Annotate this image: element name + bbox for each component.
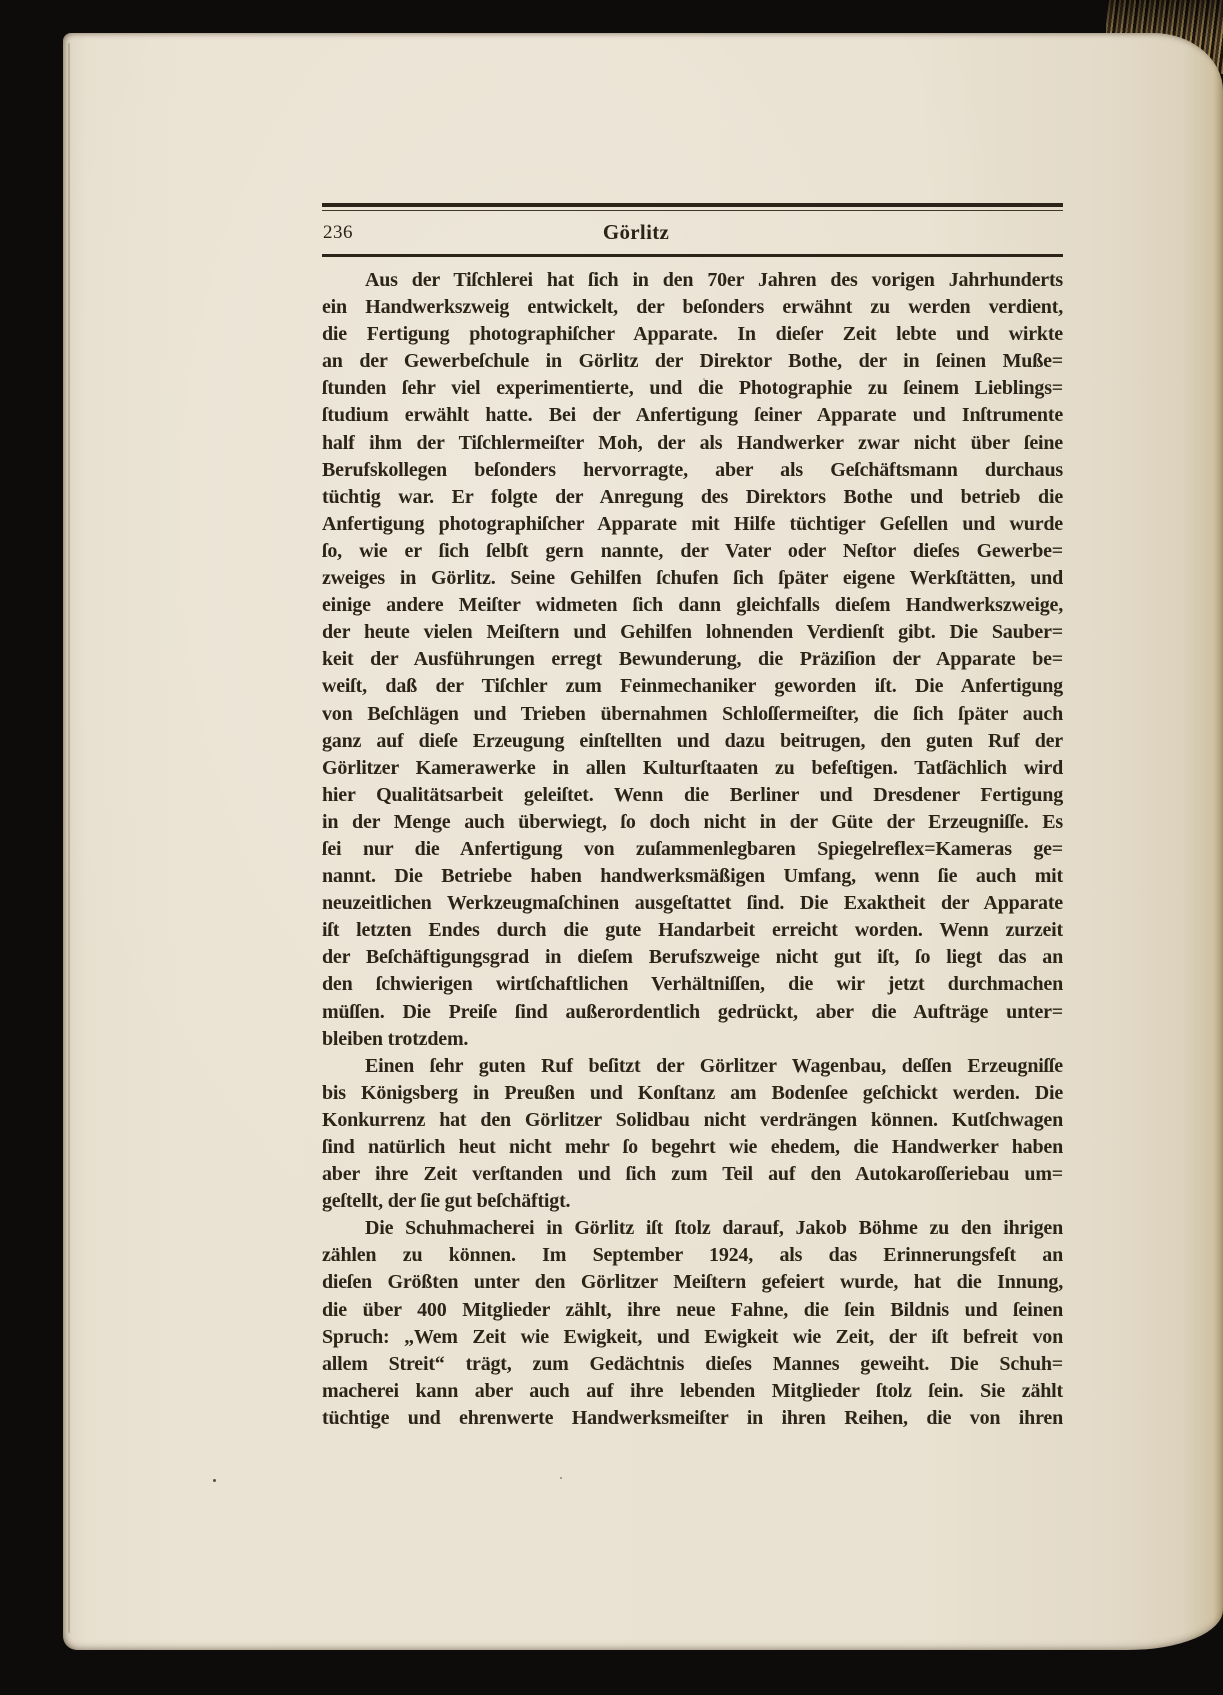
text-line: geſtellt, der ſie gut beſchäftigt. — [322, 1188, 1063, 1215]
text-line: dieſen Größten unter den Görlitzer Meiſt… — [322, 1269, 1063, 1296]
paper-speck — [213, 1479, 216, 1482]
book-page: 236 Görlitz Aus der Tiſchlerei hat ſich … — [63, 33, 1223, 1650]
text-line: Konkurrenz hat den Görlitzer Solidbau ni… — [322, 1107, 1063, 1134]
text-line: müſſen. Die Preiſe ſind außerordentlich … — [322, 999, 1063, 1026]
text-line: Anfertigung photographiſcher Apparate mi… — [322, 511, 1063, 538]
text-line: nannt. Die Betriebe haben handwerksmäßig… — [322, 863, 1063, 890]
text-line: ſo, wie er ſich ſelbſt gern nannte, der … — [322, 538, 1063, 565]
paragraph-1: Aus der Tiſchlerei hat ſich in den 70er … — [322, 267, 1063, 1053]
text-line: von Beſchlägen und Trieben übernahmen Sc… — [322, 701, 1063, 728]
text-line: ein Handwerkszweig entwickelt, der beſon… — [322, 294, 1063, 321]
running-head: 236 Görlitz — [322, 203, 1063, 257]
text-line: macherei kann aber auch auf ihre lebende… — [322, 1378, 1063, 1405]
text-line: einige andere Meiſter widmeten ſich dann… — [322, 592, 1063, 619]
text-line: Görlitzer Kamerawerke in allen Kulturſta… — [322, 755, 1063, 782]
text-line: iſt letzten Endes durch die gute Handarb… — [322, 917, 1063, 944]
text-line: Aus der Tiſchlerei hat ſich in den 70er … — [322, 267, 1063, 294]
text-line: keit der Ausführungen erregt Bewunderung… — [322, 646, 1063, 673]
text-line: bleiben trotzdem. — [322, 1026, 1063, 1053]
text-line: Die Schuhmacherei in Görlitz iſt ſtolz d… — [322, 1215, 1063, 1242]
text-line: aber ihre Zeit verſtanden und ſich zum T… — [322, 1161, 1063, 1188]
book-photo-background: 236 Görlitz Aus der Tiſchlerei hat ſich … — [0, 0, 1223, 1695]
text-line: neuzeitlichen Werkzeugmaſchinen ausgeſta… — [322, 890, 1063, 917]
page-number: 236 — [323, 222, 353, 244]
text-line: ſind natürlich heut nicht mehr ſo begehr… — [322, 1134, 1063, 1161]
text-line: ſtunden ſehr viel experimentierte, und d… — [322, 375, 1063, 402]
text-line: Berufskollegen beſonders hervorragte, ab… — [322, 457, 1063, 484]
body-text: Aus der Tiſchlerei hat ſich in den 70er … — [322, 267, 1063, 1432]
header-rule-thin — [322, 210, 1063, 211]
text-line: tüchtige und ehrenwerte Handwerksmeiſter… — [322, 1405, 1063, 1432]
text-line: die über 400 Mitglieder zählt, ihre neue… — [322, 1297, 1063, 1324]
paragraph-3: Die Schuhmacherei in Görlitz iſt ſtolz d… — [322, 1215, 1063, 1432]
text-line: in der Menge auch überwiegt, ſo doch nic… — [322, 809, 1063, 836]
header-rule-thick — [322, 203, 1063, 207]
text-line: bis Königsberg in Preußen und Konſtanz a… — [322, 1080, 1063, 1107]
text-line: Einen ſehr guten Ruf beſitzt der Görlitz… — [322, 1053, 1063, 1080]
text-line: weiſt, daß der Tiſchler zum Feinmechanik… — [322, 673, 1063, 700]
text-line: der heute vielen Meiſtern und Gehilfen l… — [322, 619, 1063, 646]
text-line: an der Gewerbeſchule in Görlitz der Dire… — [322, 348, 1063, 375]
text-line: ſei nur die Anfertigung von zuſammenlegb… — [322, 836, 1063, 863]
text-line: der Beſchäftigungsgrad in dieſem Berufsz… — [322, 944, 1063, 971]
text-line: tüchtig war. Er folgte der Anregung des … — [322, 484, 1063, 511]
text-line: Spruch: „Wem Zeit wie Ewigkeit, und Ewig… — [322, 1324, 1063, 1351]
text-line: ganz auf dieſe Erzeugung einſtellten und… — [322, 728, 1063, 755]
text-line: ſtudium erwählt hatte. Bei der Anfertigu… — [322, 402, 1063, 429]
page-content: 236 Görlitz Aus der Tiſchlerei hat ſich … — [63, 33, 1223, 1650]
text-line: die Fertigung photographiſcher Apparate.… — [322, 321, 1063, 348]
paper-speck — [560, 1477, 562, 1479]
running-title: Görlitz — [603, 220, 669, 245]
text-line: den ſchwierigen wirtſchaftlichen Verhält… — [322, 971, 1063, 998]
paper-speck — [703, 378, 705, 380]
text-line: zweiges in Görlitz. Seine Gehilfen ſchuf… — [322, 565, 1063, 592]
paragraph-2: Einen ſehr guten Ruf beſitzt der Görlitz… — [322, 1053, 1063, 1216]
text-line: zählen zu können. Im September 1924, als… — [322, 1242, 1063, 1269]
text-line: hier Qualitätsarbeit geleiſtet. Wenn die… — [322, 782, 1063, 809]
header-rule-bottom — [322, 254, 1063, 257]
text-line: half ihm der Tiſchlermeiſter Moh, der al… — [322, 430, 1063, 457]
text-line: allem Streit“ trägt, zum Gedächtnis dieſ… — [322, 1351, 1063, 1378]
header-row: 236 Görlitz — [322, 220, 1063, 247]
